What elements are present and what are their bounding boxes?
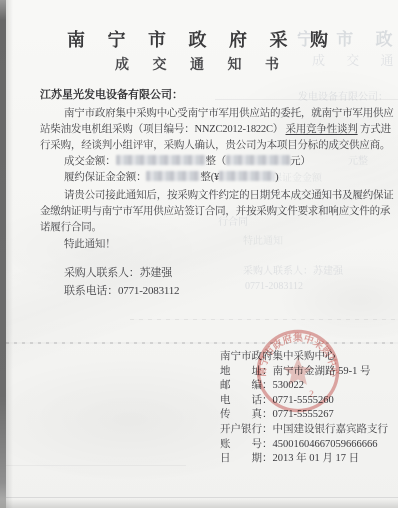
para2-line3: 诺履行合同。 bbox=[40, 219, 102, 234]
para1-line2-pre: 站柴油发电机组采购（项目编号：NNZC2012-1822C） bbox=[40, 124, 286, 135]
deposit-amount-line: 履约保证金金额：整(¥) bbox=[64, 169, 278, 184]
redacted-amount-figures bbox=[226, 155, 290, 165]
issuer-label: 日 期： bbox=[220, 452, 273, 467]
award-amount-label: 成交金额： bbox=[64, 156, 116, 167]
deposit-amount-label: 履约保证金金额： bbox=[64, 172, 146, 183]
issuer-label: 账 号： bbox=[220, 438, 273, 453]
notice-statement: 特此通知！ bbox=[64, 236, 116, 251]
seal-graphic: 南宁市政府集中采购中心 2 bbox=[255, 328, 341, 414]
paper-crease bbox=[6, 497, 398, 498]
document-subtitle: 成 交 通 知 书 bbox=[6, 54, 398, 74]
redacted-deposit-figures bbox=[219, 171, 275, 181]
seal-star-icon bbox=[283, 357, 312, 385]
award-amount-end: 元） bbox=[290, 156, 311, 167]
para1-line1: 南宁市政府集中采购中心受南宁市军用供应站的委托，就南宁市军用供应 bbox=[64, 105, 394, 120]
redacted-amount-words bbox=[116, 155, 206, 165]
scan-bottom-edge bbox=[0, 499, 398, 508]
contact-phone: 联系电话：0771-2083112 bbox=[64, 282, 179, 298]
para1-line3: 行采购，经谈判小组评审，采购人确认，贵公司为本项目分标的成交供应商。 bbox=[40, 137, 390, 152]
issuer-row-bank: 开户银行：中国建设银行嘉宾路支行 bbox=[220, 423, 388, 438]
deposit-amount-mid: 整(¥ bbox=[200, 172, 219, 183]
para1-line2-post: 方式进 bbox=[358, 124, 391, 135]
issuer-label: 开户银行： bbox=[220, 423, 273, 438]
deposit-amount-end: ) bbox=[275, 172, 278, 183]
redacted-deposit-words bbox=[146, 171, 200, 181]
document-title: 南 宁 市 政 府 采 购 bbox=[6, 26, 398, 52]
award-amount-mid: 整（ bbox=[206, 156, 227, 167]
issuer-value: 2013 年 01 月 17 日 bbox=[273, 453, 360, 464]
para2-line2: 金缴纳证明与南宁市军用供应站签订合同，并按采购文件要求和响应文件的承 bbox=[40, 203, 390, 218]
paper-crease bbox=[130, 319, 398, 320]
scan-left-shadow bbox=[6, 0, 13, 508]
procurement-method-underlined: 采用竞争性谈判 bbox=[286, 124, 358, 135]
scanned-document-page: { "header": { "title": "南 宁 市 政 府 采 购", … bbox=[0, 0, 398, 508]
paper-crease bbox=[6, 465, 186, 466]
issuer-row-account: 账 号：45001604667059666666 bbox=[220, 438, 388, 453]
seal-number: 2 bbox=[309, 390, 314, 400]
para1-line2: 站柴油发电机组采购（项目编号：NNZC2012-1822C） 采用竞争性谈判 方… bbox=[40, 121, 391, 136]
para2-line1: 请贵公司接此通知后，按采购文件约定的日期凭本成交通知书及履约保证 bbox=[64, 187, 394, 202]
issuer-row-date: 日 期：2013 年 01 月 17 日 bbox=[220, 452, 388, 467]
issuer-value: 45001604667059666666 bbox=[273, 439, 378, 450]
addressee-company: 江苏星光发电设备有限公司： bbox=[40, 86, 183, 102]
scan-left-edge bbox=[0, 0, 6, 508]
award-amount-line: 成交金额：整（元） bbox=[64, 153, 311, 168]
paper-crease bbox=[215, 99, 398, 100]
contact-person: 采购人联系人：苏建强 bbox=[64, 264, 172, 280]
official-red-seal: 南宁市政府集中采购中心 2 bbox=[255, 328, 341, 414]
issuer-value: 中国建设银行嘉宾路支行 bbox=[273, 424, 389, 435]
